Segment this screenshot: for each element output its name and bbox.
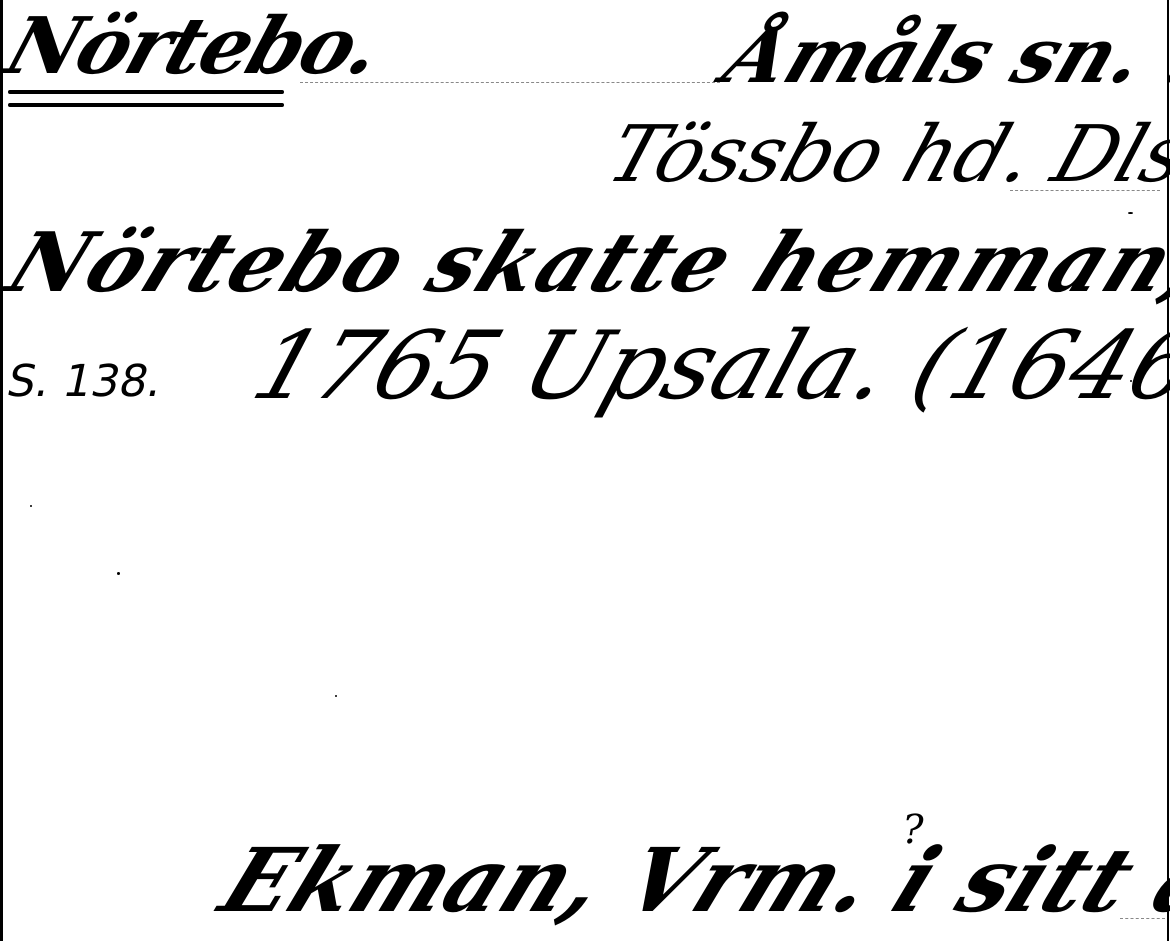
bibliographic-reference: Ekman, Vrm. i sitt ämne. [210,836,1170,924]
ink-speck [30,505,32,507]
heading-underline [8,103,284,107]
ink-speck [1130,380,1132,382]
parish-label: Åmåls sn. ? [716,18,1170,94]
place-name-heading: Nörtebo. [0,8,389,86]
source-year-line: 1765 Upsala. (1646.) [243,320,1170,414]
hundred-province-label: Tössbo hd. Dls. [599,116,1170,194]
card-left-edge [0,0,3,941]
index-card: Nörtebo. Åmåls sn. ? Tössbo hd. Dls. Nör… [0,0,1170,941]
heading-underline [8,90,284,94]
ink-speck [117,572,120,575]
ink-speck [335,695,337,697]
ink-speck [1128,212,1133,214]
page-reference: S. 138. [3,360,166,404]
entry-text: Nörtebo skatte hemman, [0,222,1170,304]
